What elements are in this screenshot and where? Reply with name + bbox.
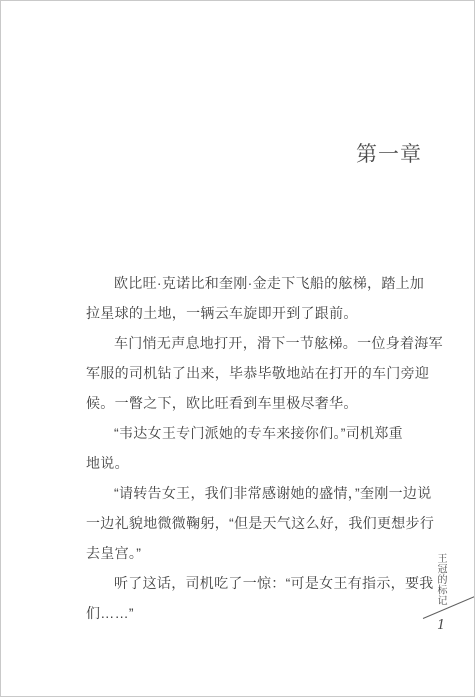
body-line: 军服的司机钻了出来，毕恭毕敬地站在打开的车门旁迎	[86, 358, 436, 388]
body-line: 候。一瞥之下，欧比旺看到车里极尽奢华。	[86, 388, 436, 418]
body-line: 们……”	[86, 598, 436, 628]
body-line: 车门悄无声息地打开，滑下一节舷梯。一位身着海军	[86, 328, 436, 358]
book-title-vertical: 王冠的标记	[434, 553, 446, 606]
book-page: 第一章 欧比旺·克诺比和奎刚·金走下飞船的舷梯，踏上加拉星球的土地，一辆云车旋即…	[0, 0, 475, 697]
page-number: 1	[437, 618, 445, 633]
body-line: 欧比旺·克诺比和奎刚·金走下飞船的舷梯，踏上加	[86, 268, 436, 298]
body-line: 去皇宫。”	[86, 538, 436, 568]
chapter-title: 第一章	[86, 140, 422, 170]
body-line: “请转告女王，我们非常感谢她的盛情，”奎刚一边说	[86, 478, 436, 508]
body-line: 听了这话，司机吃了一惊：“可是女王有指示，要我	[86, 568, 436, 598]
body-line: “韦达女王专门派她的专车来接你们。”司机郑重	[86, 418, 436, 448]
body-line: 地说。	[86, 448, 436, 478]
body-text: 欧比旺·克诺比和奎刚·金走下飞船的舷梯，踏上加拉星球的土地，一辆云车旋即开到了跟…	[86, 268, 436, 628]
body-line: 一边礼貌地微微鞠躬，“但是天气这么好，我们更想步行	[86, 508, 436, 538]
body-line: 拉星球的土地，一辆云车旋即开到了跟前。	[86, 298, 436, 328]
